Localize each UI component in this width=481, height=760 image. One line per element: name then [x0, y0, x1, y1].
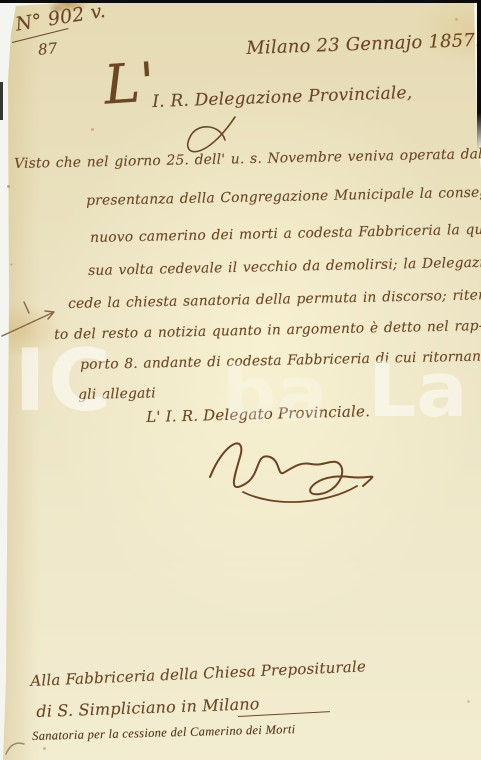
scan-edge-right	[477, 0, 481, 150]
scan-edge-left-notch	[0, 82, 3, 120]
registry-sub-number: 87	[37, 39, 58, 59]
scanned-letter: N° 902 v. 87 Milano 23 Gennajo 1857. L' …	[0, 0, 481, 760]
pencil-mark	[2, 736, 32, 758]
margin-checkmark	[0, 296, 64, 340]
foxing-specks	[7, 185, 10, 188]
salutation-initial: L'	[102, 50, 157, 116]
body-line: gli allegati	[78, 385, 156, 403]
scan-edge-top	[0, 0, 481, 3]
signature-flourish	[185, 422, 395, 507]
